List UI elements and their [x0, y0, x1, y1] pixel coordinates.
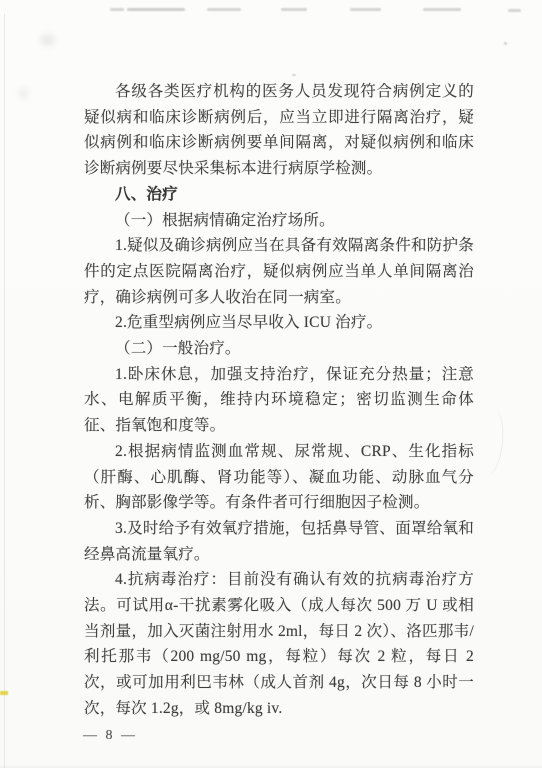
scan-speck	[504, 42, 507, 45]
paragraph-monitoring-indicators: 2.根据病情监测血常规、尿常规、CRP、生化指标（肝酶、心肌酶、肾功能等）、凝血…	[84, 439, 474, 516]
page-number: — 8 —	[83, 728, 138, 744]
paragraph-critical-cases-icu: 2.危重型病例应当尽早收入 ICU 治疗。	[84, 310, 474, 336]
paragraph-isolation-policy: 各级各类医疗机构的医务人员发现符合病例定义的疑似病和临床诊断病例后，应当立即进行…	[84, 79, 474, 182]
paragraph-bed-rest-support: 1.卧床休息，加强支持治疗，保证充分热量；注意水、电解质平衡，维持内环境稳定；密…	[84, 362, 474, 439]
scan-artifact-dash	[350, 8, 381, 11]
section-heading-treatment: 八、治疗	[84, 182, 474, 208]
scan-artifact-yellow-mark	[0, 691, 8, 695]
scan-artifact-dash	[127, 8, 185, 11]
document-body: 各级各类医疗机构的医务人员发现符合病例定义的疑似病和临床诊断病例后，应当立即进行…	[84, 79, 474, 722]
scan-artifact-dash	[207, 8, 241, 11]
scan-fold-line	[4, 14, 5, 768]
scan-artifact-dash	[281, 8, 307, 11]
scan-crease-line	[477, 407, 507, 477]
scan-smudge	[19, 87, 28, 100]
subsection-heading-general-treatment: （二）一般治疗。	[84, 336, 474, 362]
scanned-document-page: 各级各类医疗机构的医务人员发现符合病例定义的疑似病和临床诊断病例后，应当立即进行…	[0, 0, 542, 768]
paragraph-antiviral-therapy: 4.抗病毒治疗：目前没有确认有效的抗病毒治疗方法。可试用α-干扰素雾化吸入（成人…	[84, 567, 474, 721]
subsection-heading-treatment-location: （一）根据病情确定治疗场所。	[84, 208, 474, 234]
scan-artifact-dash	[508, 9, 521, 12]
scan-speck	[292, 74, 296, 76]
scan-smudge	[40, 34, 55, 46]
paragraph-oxygen-therapy: 3.及时给予有效氧疗措施，包括鼻导管、面罩给氧和经鼻高流量氧疗。	[84, 516, 474, 567]
scan-artifact-dash	[423, 8, 461, 11]
paragraph-suspected-confirmed-cases: 1.疑似及确诊病例应当在具备有效隔离条件和防护条件的定点医院隔离治疗，疑似病例应…	[84, 233, 474, 310]
scan-artifact-dash	[110, 8, 124, 11]
